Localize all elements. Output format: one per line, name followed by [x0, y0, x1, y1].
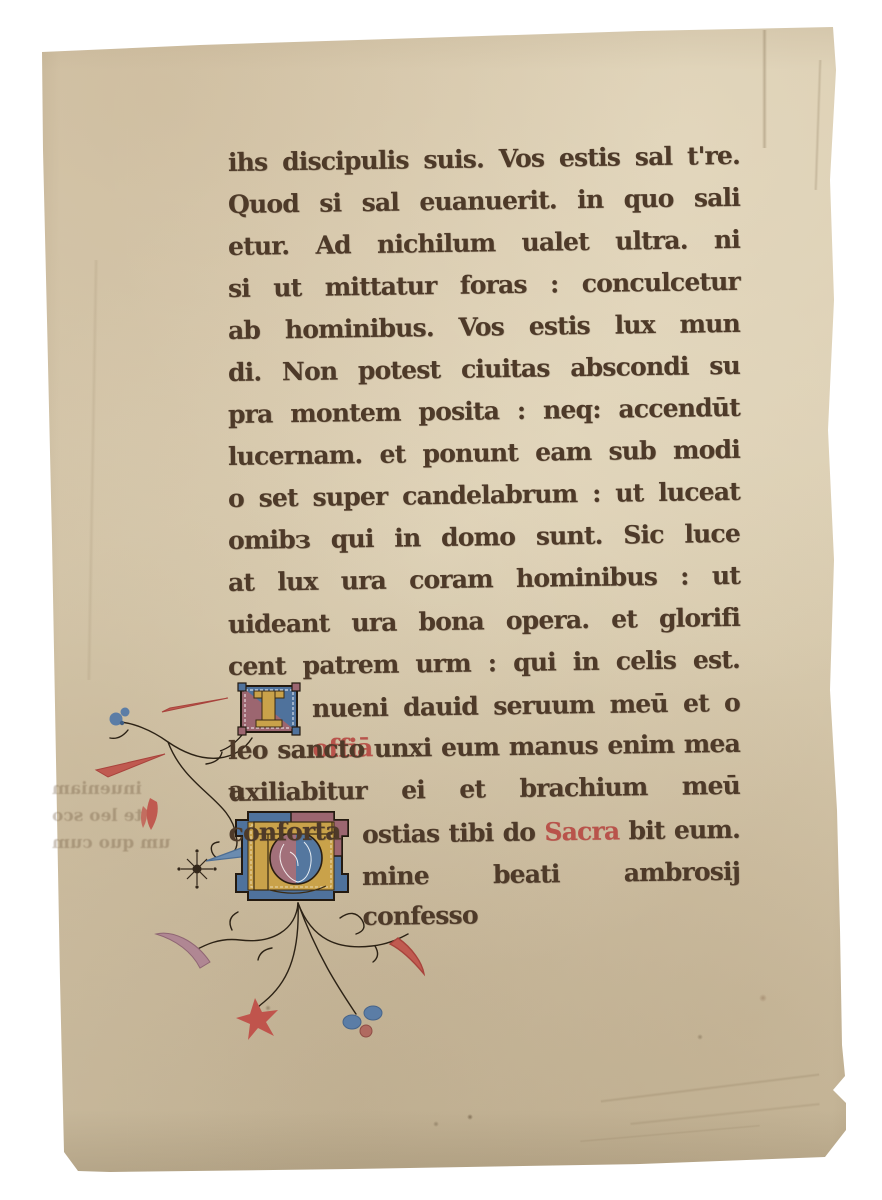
text-line: ostias tibi do Sacra bit eum.	[362, 810, 741, 855]
prayer-text: ostias tibi do	[362, 818, 536, 849]
text-line: o set super candelabrum : ut luceat	[228, 472, 741, 519]
text-line: uideant ura bona opera. et glorifi	[228, 598, 741, 645]
text-line: cent patrem urm : qui in celis est.	[228, 640, 741, 687]
prayer-text-end: bit eum.	[628, 815, 740, 846]
text-line: si ut mittatur foras : conculcetur	[228, 262, 741, 309]
text-line: etur. Ad nichilum ualet ultra. ni	[228, 220, 741, 267]
show-through-line: inueniam	[52, 776, 228, 803]
text-line: mine beati ambrosij confesso	[362, 852, 741, 897]
text-line: at lux ura coram hominibus : ut	[228, 556, 741, 603]
show-through-line: te leo sco	[52, 803, 228, 830]
text-line: omibз qui in domo sunt. Sic luce	[228, 514, 741, 561]
psalm-text: nueni dauid seruum meū et o	[312, 688, 740, 723]
rubric-text: Sacra	[544, 816, 619, 846]
text-line: pra montem posita : neq: accendūt	[228, 388, 741, 435]
show-through-line: um quo cum	[52, 830, 228, 857]
text-line: di. Non potest ciuitas abscondi su	[228, 346, 741, 393]
text-line: ihs discipulis suis. Vos estis sal t're.	[228, 136, 741, 183]
text-line: nueni dauid seruum meū et o offiā	[312, 683, 741, 729]
text-line: ab hominibus. Vos estis lux mun	[228, 304, 741, 351]
manuscript-leaf: inueniam te leo sco um quo cum	[0, 0, 882, 1200]
show-through-text: inueniam te leo sco um quo cum	[52, 776, 228, 857]
text-line: Quod si sal euanuerit. in quo sali	[228, 178, 741, 225]
text-line: uxiliabitur ei et brachium meū conforta	[228, 766, 741, 813]
text-line: leo sancto unxi eum manus enim mea a	[228, 724, 741, 771]
text-line: lucernam. et ponunt eam sub modi	[228, 430, 741, 477]
